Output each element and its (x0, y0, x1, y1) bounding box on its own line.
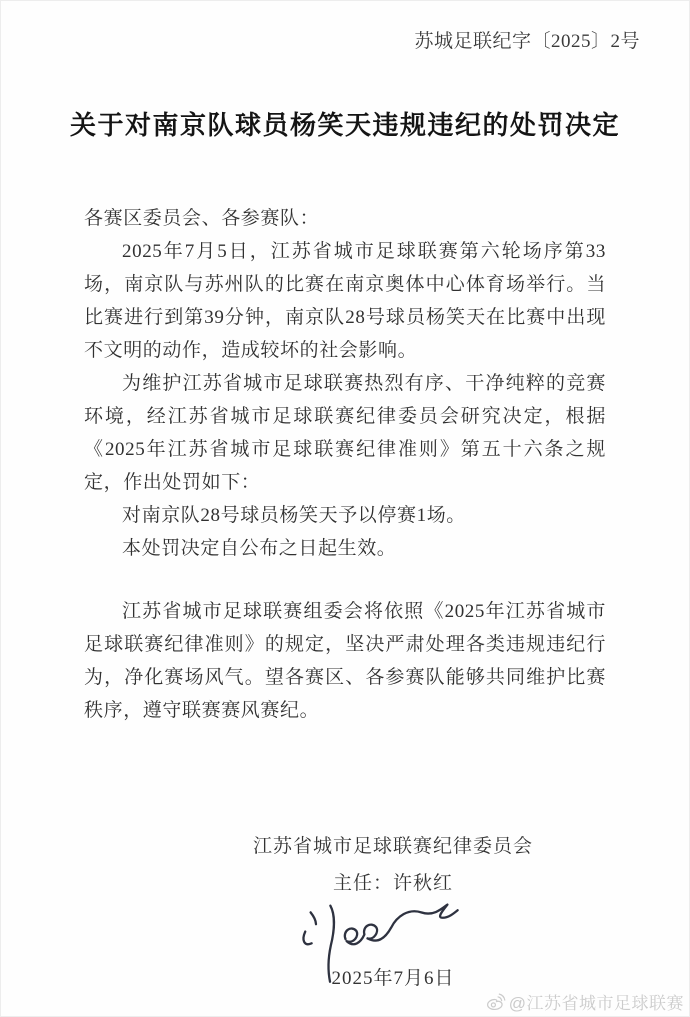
weibo-watermark: @江苏省城市足球联赛 (485, 989, 684, 1014)
body-paragraph-closing: 江苏省城市足球联赛组委会将依照《2025年江苏省城市足球联赛纪律准则》的规定，坚… (84, 595, 606, 727)
body-paragraph-basis: 为维护江苏省城市足球联赛热烈有序、干净纯粹的竞赛环境，经江苏省城市足球联赛纪律委… (84, 367, 606, 499)
handwritten-signature (48, 896, 690, 970)
body-paragraph-effective-date: 本处罚决定自公布之日起生效。 (84, 532, 606, 565)
weibo-icon (485, 992, 506, 1012)
watermark-text: @江苏省城市足球联赛 (509, 989, 684, 1014)
document-body: 各赛区委员会、各参赛队： 2025年7月5日，江苏省城市足球联赛第六轮场序第33… (0, 202, 690, 727)
signature-block: 江苏省城市足球联赛纪律委员会 主任：许秋红 2025年7月6日 (48, 837, 690, 990)
document-reference-number: 苏城足联纪字〔2025〕2号 (0, 26, 690, 53)
official-document-page: 苏城足联纪字〔2025〕2号 关于对南京队球员杨笑天违规违纪的处罚决定 各赛区委… (0, 0, 690, 1017)
document-title: 关于对南京队球员杨笑天违规违纪的处罚决定 (0, 105, 690, 142)
body-paragraph-incident: 2025年7月5日，江苏省城市足球联赛第六轮场序第33场，南京队与苏州队的比赛在… (84, 235, 606, 367)
signature-ink-strokes (294, 893, 465, 985)
body-paragraph-penalty: 对南京队28号球员杨笑天予以停赛1场。 (84, 499, 606, 532)
issuing-organization: 江苏省城市足球联赛纪律委员会 (48, 837, 690, 857)
signer-title-and-name: 主任：许秋红 (48, 874, 690, 894)
salutation-line: 各赛区委员会、各参赛队： (84, 202, 606, 235)
